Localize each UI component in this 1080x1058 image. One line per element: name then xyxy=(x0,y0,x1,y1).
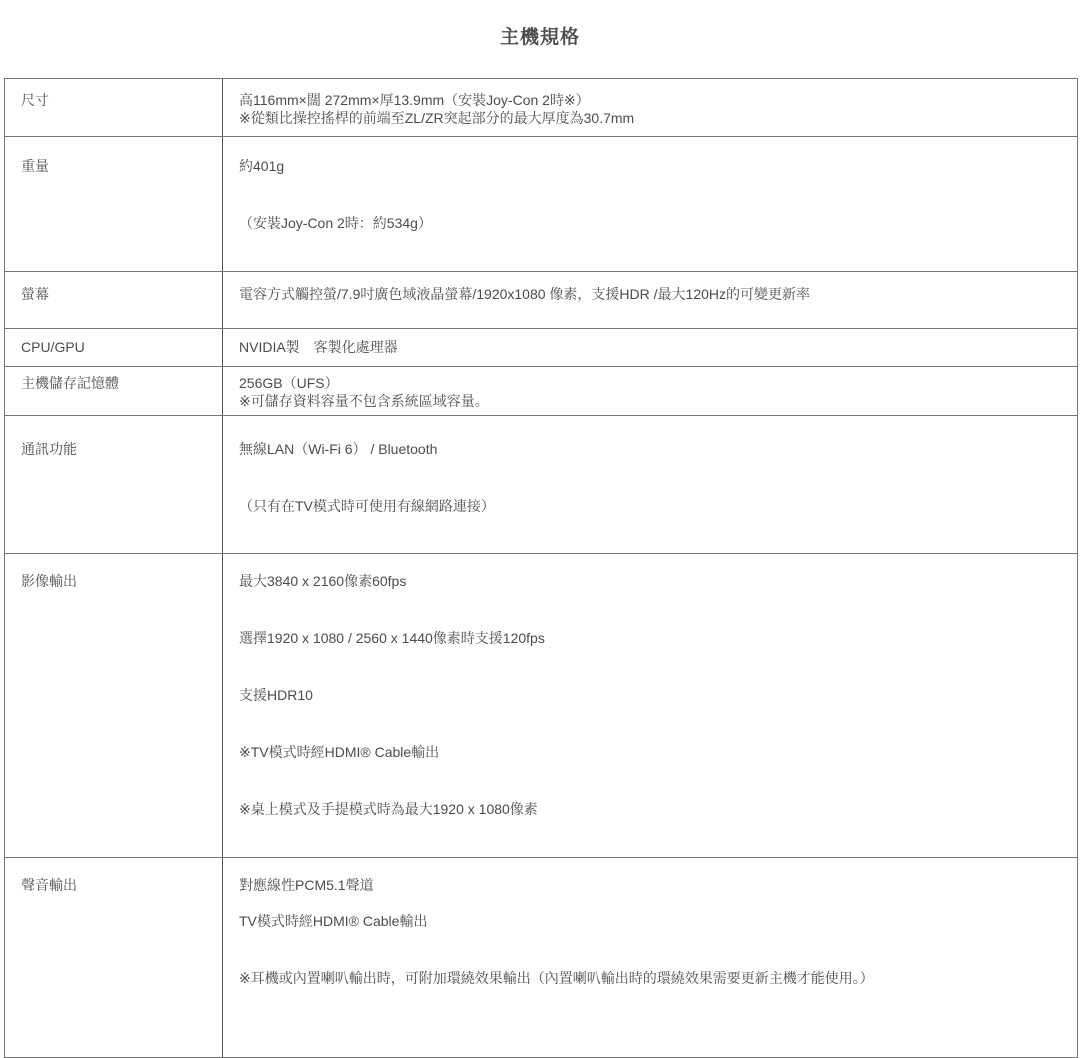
spec-value-line: 約401g xyxy=(239,157,1061,175)
spec-value: 256GB（UFS） ※可儲存資料容量不包含系統區域容量。 xyxy=(223,367,1077,415)
spec-value: 對應線性PCM5.1聲道 TV模式時經HDMI® Cable輸出 ※耳機或內置喇… xyxy=(223,858,1077,1026)
spec-table: 尺寸 高116mm×闊 272mm×厚13.9mm（安裝Joy-Con 2時※）… xyxy=(4,78,1078,1026)
spec-value-line: ※耳機或內置喇叭輸出時，可附加環繞效果輸出（內置喇叭輸出時的環繞效果需要更新主機… xyxy=(239,969,1061,987)
spec-value: 無線LAN（Wi-Fi 6） / Bluetooth （只有在TV模式時可使用有… xyxy=(223,416,1077,553)
spec-row-video-output: 影像輸出 最大3840 x 2160像素60fps 選擇1920 x 1080 … xyxy=(5,554,1077,858)
spec-value-line: ※可儲存資料容量不包含系統區域容量。 xyxy=(239,392,1061,410)
spec-label: 主機儲存記憶體 xyxy=(5,367,223,415)
spec-label: 影像輸出 xyxy=(5,554,223,857)
spec-value-line: （只有在TV模式時可使用有線網路連接） xyxy=(239,497,1061,515)
spec-label: 聲音輸出 xyxy=(5,858,223,1026)
spec-value-line: 選擇1920 x 1080 / 2560 x 1440像素時支援120fps xyxy=(239,629,1061,647)
spec-value-line: 最大3840 x 2160像素60fps xyxy=(239,572,1061,590)
spec-row-communication: 通訊功能 無線LAN（Wi-Fi 6） / Bluetooth （只有在TV模式… xyxy=(5,416,1077,554)
spec-value: 最大3840 x 2160像素60fps 選擇1920 x 1080 / 256… xyxy=(223,554,1077,857)
spec-value: NVIDIA製 客製化處理器 xyxy=(223,329,1077,366)
spec-value-line: NVIDIA製 客製化處理器 xyxy=(239,338,1061,356)
spec-label: 通訊功能 xyxy=(5,416,223,553)
spec-value-line: ※從類比操控搖桿的前端至ZL/ZR突起部分的最大厚度為30.7mm xyxy=(239,109,1061,127)
spec-row-storage: 主機儲存記憶體 256GB（UFS） ※可儲存資料容量不包含系統區域容量。 xyxy=(5,367,1077,416)
page-title: 主機規格 xyxy=(0,0,1080,49)
spec-row-cpu-gpu: CPU/GPU NVIDIA製 客製化處理器 xyxy=(5,329,1077,367)
spec-value: 約401g （安裝Joy-Con 2時：約534g） xyxy=(223,137,1077,271)
spec-value: 電容方式觸控螢/7.9吋廣色域液晶螢幕/1920x1080 像素，支援HDR /… xyxy=(223,272,1077,328)
spec-value-line: ※桌上模式及手提模式時為最大1920 x 1080像素 xyxy=(239,800,1061,818)
spec-value-line: 高116mm×闊 272mm×厚13.9mm（安裝Joy-Con 2時※） xyxy=(239,91,1061,109)
spec-label: 尺寸 xyxy=(5,79,223,136)
spec-label: 螢幕 xyxy=(5,272,223,328)
spec-value-line: 無線LAN（Wi-Fi 6） / Bluetooth xyxy=(239,440,1061,458)
spec-value-line: （安裝Joy-Con 2時：約534g） xyxy=(239,214,1061,232)
spec-row-audio-output: 聲音輸出 對應線性PCM5.1聲道 TV模式時經HDMI® Cable輸出 ※耳… xyxy=(5,858,1077,1026)
spec-value-line: 電容方式觸控螢/7.9吋廣色域液晶螢幕/1920x1080 像素，支援HDR /… xyxy=(239,285,1061,303)
spec-row-weight: 重量 約401g （安裝Joy-Con 2時：約534g） xyxy=(5,137,1077,272)
spec-value-line: ※TV模式時經HDMI® Cable輸出 xyxy=(239,743,1061,761)
spec-label: 重量 xyxy=(5,137,223,271)
spec-value: 高116mm×闊 272mm×厚13.9mm（安裝Joy-Con 2時※） ※從… xyxy=(223,79,1077,136)
spec-value-line: 對應線性PCM5.1聲道 xyxy=(239,876,1061,894)
spec-row-dimensions: 尺寸 高116mm×闊 272mm×厚13.9mm（安裝Joy-Con 2時※）… xyxy=(5,79,1077,137)
spec-value-line: TV模式時經HDMI® Cable輸出 xyxy=(239,912,1061,930)
spec-value-line: 支援HDR10 xyxy=(239,686,1061,704)
spec-row-screen: 螢幕 電容方式觸控螢/7.9吋廣色域液晶螢幕/1920x1080 像素，支援HD… xyxy=(5,272,1077,329)
spec-value-line: 256GB（UFS） xyxy=(239,374,1061,392)
spec-label: CPU/GPU xyxy=(5,329,223,366)
